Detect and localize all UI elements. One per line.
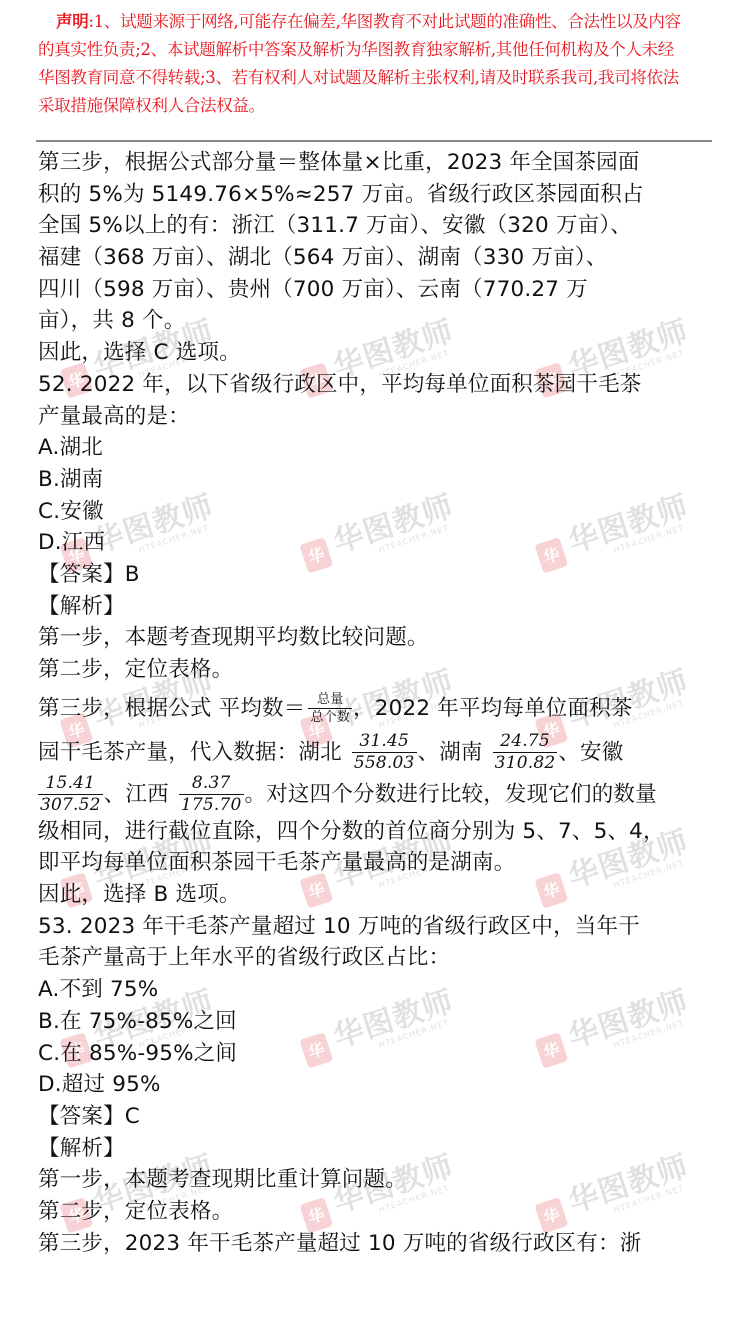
q51-step3-line-6: 亩），共 8 个。	[38, 305, 728, 337]
q52-question-line-2: 产量最高的是：	[38, 401, 728, 433]
q53-option-b: B.在 75%-85%之回	[38, 1006, 728, 1038]
q52-conclusion: 因此，选择 B 选项。	[38, 879, 728, 911]
q53-step3: 第三步，2023 年干毛茶产量超过 10 万吨的省级行政区有：浙	[38, 1228, 728, 1260]
average-formula: 总量总个数	[308, 693, 352, 724]
q51-conclusion: 因此，选择 C 选项。	[38, 337, 728, 369]
header-divider	[36, 140, 712, 142]
disclaimer-line-4: 采取措施保障权利人合法权益。	[38, 92, 714, 120]
fraction-anhui: 15.41307.52	[38, 775, 103, 814]
q53-answer: 【答案】C	[38, 1101, 728, 1133]
q53-question-line-1: 53. 2023 年干毛茶产量超过 10 万吨的省级行政区中，当年干	[38, 911, 728, 943]
fraction-hubei: 31.45558.03	[352, 733, 417, 772]
q53-step1: 第一步，本题考查现期比重计算问题。	[38, 1164, 728, 1196]
q52-step3-line-3: 15.41307.52、江西 8.37175.70。对这四个分数进行比较，发现它…	[38, 774, 728, 816]
q52-step3-line-4: 级相同，进行截位直除，四个分数的首位商分别为 5、7、5、4，	[38, 816, 728, 848]
q52-question-line-1: 52. 2022 年，以下省级行政区中，平均每单位面积茶园干毛茶	[38, 369, 728, 401]
disclaimer: 声明:1、试题来源于网络,可能存在偏差,华图教育不对此试题的准确性、合法性以及内…	[38, 8, 714, 120]
q51-step3-line-3: 全国 5%以上的有：浙江（311.7 万亩）、安徽（320 万亩）、	[38, 210, 728, 242]
q51-step3-line-5: 四川（598 万亩）、贵州（700 万亩）、云南（770.27 万	[38, 274, 728, 306]
q51-step3-line-2: 积的 5%为 5149.76×5%≈257 万亩。省级行政区茶园面积占	[38, 179, 728, 211]
fraction-jiangxi: 8.37175.70	[179, 775, 244, 814]
fraction-hunan: 24.75310.82	[493, 733, 558, 772]
q52-step2: 第二步，定位表格。	[38, 654, 728, 686]
q51-step3-line-4: 福建（368 万亩）、湖北（564 万亩）、湖南（330 万亩）、	[38, 242, 728, 274]
q53-analysis-label: 【解析】	[38, 1133, 728, 1165]
disclaimer-line-2: 的真实性负责;2、本试题解析中答案及解析为华图教育独家解析,其他任何机构及个人未…	[38, 36, 714, 64]
q52-option-b: B.湖南	[38, 464, 728, 496]
q52-step3-line-5: 即平均每单位面积茶园干毛茶产量最高的是湖南。	[38, 847, 728, 879]
q52-option-a: A.湖北	[38, 432, 728, 464]
q53-step2: 第二步，定位表格。	[38, 1196, 728, 1228]
q52-option-c: C.安徽	[38, 496, 728, 528]
q52-answer: 【答案】B	[38, 559, 728, 591]
q53-option-a: A.不到 75%	[38, 974, 728, 1006]
disclaimer-label: 声明	[56, 12, 88, 31]
document-body: 第三步，根据公式部分量＝整体量×比重，2023 年全国茶园面 积的 5%为 51…	[38, 147, 728, 1259]
q52-step3-line-1: 第三步，根据公式 平均数＝总量总个数，2022 年平均每单位面积茶	[38, 686, 728, 732]
q53-question-line-2: 毛茶产量高于上年水平的省级行政区占比：	[38, 942, 728, 974]
q52-step1: 第一步，本题考查现期平均数比较问题。	[38, 622, 728, 654]
q53-option-c: C.在 85%-95%之间	[38, 1038, 728, 1070]
q52-option-d: D.江西	[38, 527, 728, 559]
disclaimer-line-1: 声明:1、试题来源于网络,可能存在偏差,华图教育不对此试题的准确性、合法性以及内…	[38, 8, 714, 36]
disclaimer-line-3: 华图教育同意不得转载;3、若有权利人对试题及解析主张权利,请及时联系我司,我司将…	[38, 64, 714, 92]
q52-analysis-label: 【解析】	[38, 591, 728, 623]
q52-step3-line-2: 园干毛茶产量，代入数据：湖北 31.45558.03、湖南 24.75310.8…	[38, 732, 728, 774]
q53-option-d: D.超过 95%	[38, 1069, 728, 1101]
q51-step3-line-1: 第三步，根据公式部分量＝整体量×比重，2023 年全国茶园面	[38, 147, 728, 179]
